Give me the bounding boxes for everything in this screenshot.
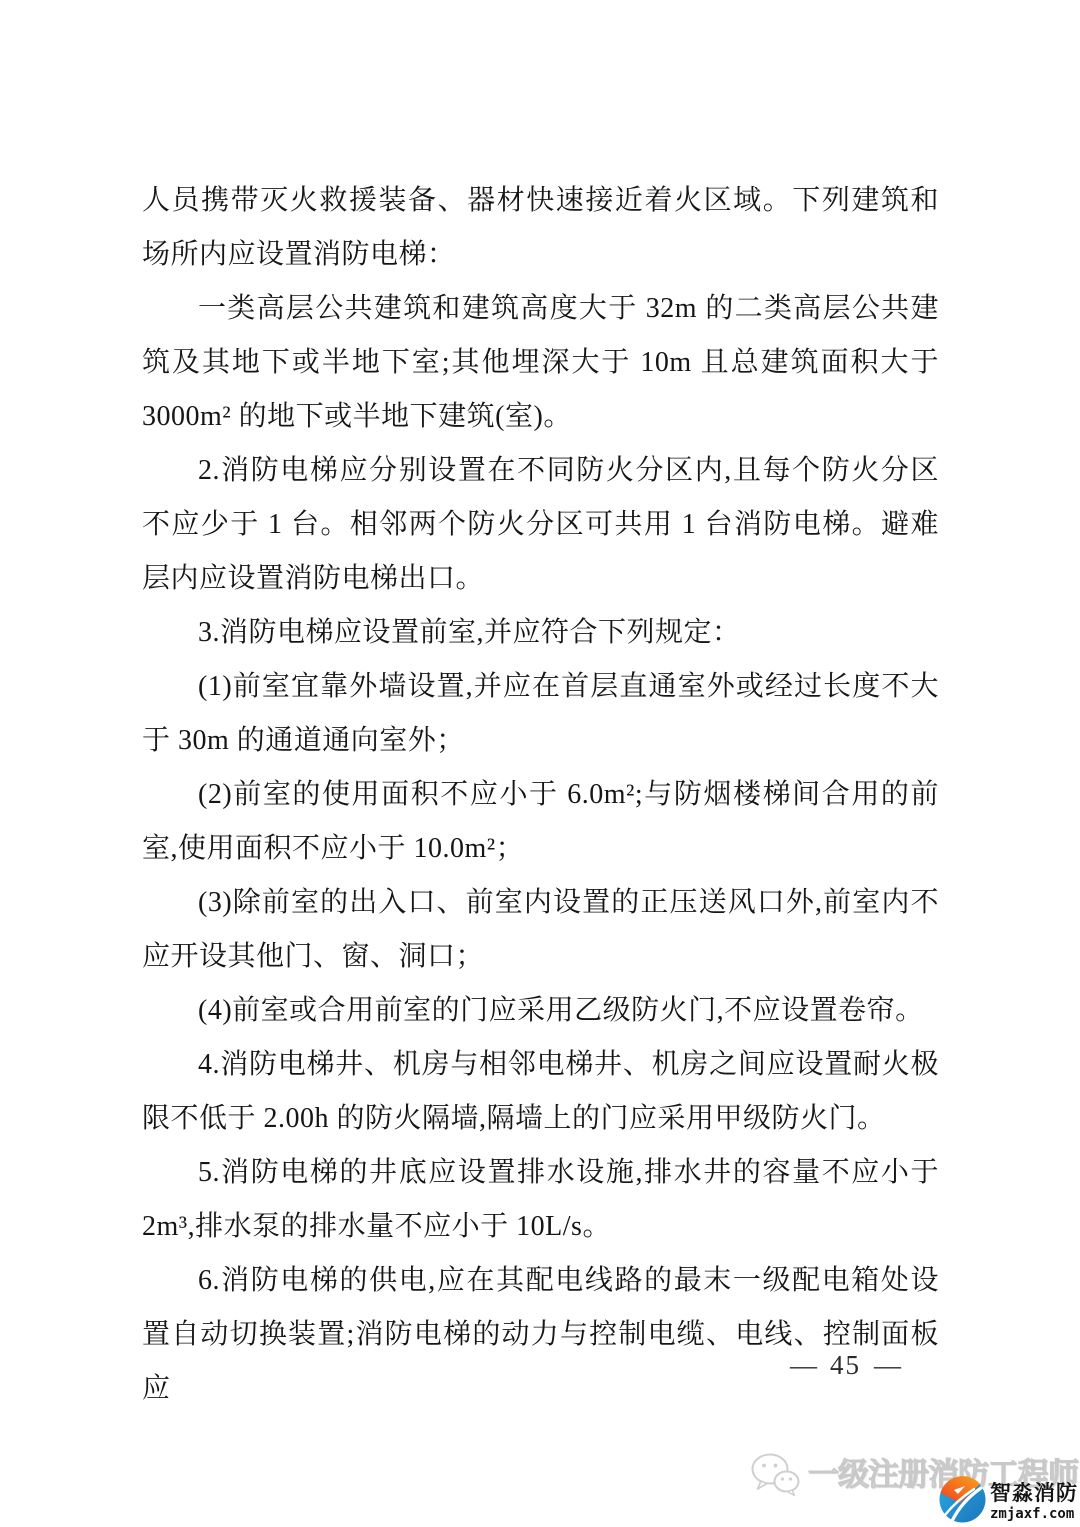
paragraph: 一类高层公共建筑和建筑高度大于 32m 的二类高层公共建筑及其地下或半地下室;其… (142, 282, 939, 444)
paragraph: 6.消防电梯的供电,应在其配电线路的最末一级配电箱处设置自动切换装置;消防电梯的… (142, 1254, 939, 1416)
page-number: —45— (777, 1350, 914, 1381)
paragraph: 2.消防电梯应分别设置在不同防火分区内,且每个防火分区不应少于 1 台。相邻两个… (142, 444, 939, 606)
paragraph: (3)除前室的出入口、前室内设置的正压送风口外,前室内不应开设其他门、窗、洞口； (142, 876, 939, 984)
paragraph: 人员携带灭火救援装备、器材快速接近着火区域。下列建筑和场所内应设置消防电梯： (142, 174, 939, 282)
paragraph: (1)前室宜靠外墙设置,并应在首层直通室外或经过长度不大于 30m 的通道通向室… (142, 660, 939, 768)
brand-badge: 智淼消防 zmjaxf.com (939, 1476, 1078, 1527)
paragraph: (2)前室的使用面积不应小于 6.0m²;与防烟楼梯间合用的前室,使用面积不应小… (142, 768, 939, 876)
paragraph: 5.消防电梯的井底应设置排水设施,排水井的容量不应小于 2m³,排水泵的排水量不… (142, 1146, 939, 1254)
paragraph: (4)前室或合用前室的门应采用乙级防火门,不应设置卷帘。 (142, 984, 939, 1038)
brand-name: 智淼消防 (990, 1482, 1078, 1506)
brand-url: zmjaxf.com (990, 1506, 1078, 1523)
zhimiao-logo-icon (939, 1476, 986, 1527)
paragraph: 3.消防电梯应设置前室,并应符合下列规定： (142, 606, 939, 660)
paragraph: 4.消防电梯井、机房与相邻电梯井、机房之间应设置耐火极限不低于 2.00h 的防… (142, 1038, 939, 1146)
page-number-value: 45 (830, 1350, 861, 1380)
document-page: 人员携带灭火救援装备、器材快速接近着火区域。下列建筑和场所内应设置消防电梯： 一… (0, 0, 1080, 1527)
document-body: 人员携带灭火救援装备、器材快速接近着火区域。下列建筑和场所内应设置消防电梯： 一… (142, 174, 939, 1416)
wechat-icon (750, 1452, 800, 1503)
page-number-right-dash: — (874, 1350, 901, 1380)
page-number-left-dash: — (790, 1350, 817, 1380)
